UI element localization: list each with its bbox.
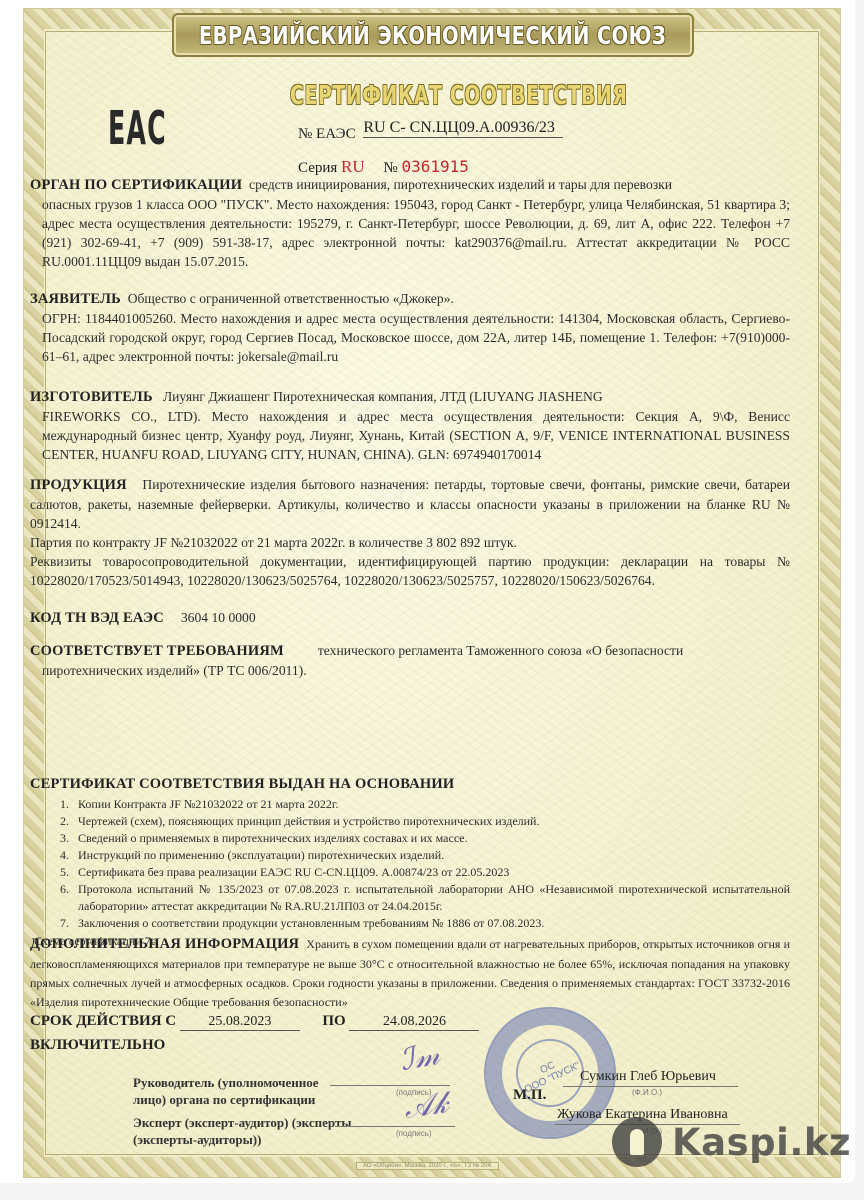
expert-signature-line bbox=[335, 1126, 455, 1127]
head-fio-caption: (Ф.И.О.) bbox=[632, 1088, 662, 1097]
conformity-text: пиротехнических изделий» (ТР ТС 006/2011… bbox=[30, 661, 790, 680]
basis-label: СЕРТИФИКАТ СООТВЕТСТВИЯ ВЫДАН НА ОСНОВАН… bbox=[30, 775, 790, 794]
validity-to-label: ПО bbox=[322, 1013, 345, 1029]
head-signature-line bbox=[330, 1085, 450, 1086]
basis-item: Сведений о применяемых в пиротехнических… bbox=[72, 830, 790, 847]
kaspi-watermark-text: Kaspi.kz bbox=[672, 1121, 851, 1164]
head-label: Руководитель (уполномоченное лицо) орган… bbox=[133, 1074, 353, 1108]
conformity-label: СООТВЕТСТВУЕТ ТРЕБОВАНИЯМ bbox=[30, 643, 284, 659]
hs-code-value: 3604 10 0000 bbox=[181, 610, 256, 625]
blank-number-value: 0361915 bbox=[401, 157, 468, 176]
section-hs-code: КОД ТН ВЭД ЕАЭС 3604 10 0000 bbox=[30, 608, 790, 628]
basis-list: Копии Контракта JF №21032022 от 21 марта… bbox=[30, 796, 790, 932]
basis-item: Инструкций по применению (эксплуатации) … bbox=[72, 847, 790, 864]
expert-label: Эксперт (эксперт-аудитор) (эксперты (экс… bbox=[133, 1114, 353, 1148]
manufacturer-details: FIREWORKS CO., LTD). Место нахождения и … bbox=[30, 407, 790, 464]
kaspi-watermark: Kaspi.kz bbox=[612, 1117, 851, 1167]
validity-from-date: 25.08.2023 bbox=[180, 1014, 300, 1031]
series-value: RU bbox=[341, 157, 365, 176]
certificate-number-value: RU С- CN.ЦЦ09.А.00936/23 bbox=[363, 119, 563, 138]
eac-logo-icon: ЕАС bbox=[108, 101, 141, 167]
conformity-text-first: технического регламента Таможенного союз… bbox=[318, 643, 683, 658]
basis-item: Чертежей (схем), поясняющих принцип дейс… bbox=[72, 813, 790, 830]
series-line: Серия RU № 0361915 bbox=[298, 157, 469, 177]
product-label: ПРОДУКЦИЯ bbox=[30, 477, 127, 493]
section-certification-body: ОРГАН ПО СЕРТИФИКАЦИИ средств инициирова… bbox=[30, 175, 790, 271]
manufacturer-name: Лиуянг Джиашенг Пиротехническая компания… bbox=[163, 389, 603, 404]
certificate-title: СЕРТИФИКАТ СООТВЕТСТВИЯ bbox=[290, 81, 578, 111]
head-signature-caption: (подпись) bbox=[396, 1088, 432, 1097]
product-text: Пиротехнические изделия бытового назначе… bbox=[30, 477, 790, 531]
hs-code-label: КОД ТН ВЭД ЕАЭС bbox=[30, 610, 164, 626]
basis-item: Заключения о соответствии продукции уста… bbox=[72, 915, 790, 932]
organ-text-first: средств инициирования, пиротехнических и… bbox=[249, 177, 672, 192]
section-additional-info: ДОПОЛНИТЕЛЬНАЯ ИНФОРМАЦИЯ Хранить в сухо… bbox=[30, 934, 790, 1011]
validity-to-date: 24.08.2026 bbox=[349, 1014, 479, 1031]
head-signature-icon: ℐ𝓂 bbox=[397, 1037, 442, 1078]
kaspi-logo-icon bbox=[612, 1117, 662, 1167]
validity-from-label: СРОК ДЕЙСТВИЯ С bbox=[30, 1013, 176, 1029]
organ-label: ОРГАН ПО СЕРТИФИКАЦИИ bbox=[30, 177, 242, 193]
applicant-label: ЗАЯВИТЕЛЬ bbox=[30, 291, 121, 307]
applicant-name: Общество с ограниченной ответственностью… bbox=[128, 291, 454, 306]
product-requisites: Реквизиты товаросопроводительной докумен… bbox=[30, 552, 790, 590]
section-basis: СЕРТИФИКАТ СООТВЕТСТВИЯ ВЫДАН НА ОСНОВАН… bbox=[30, 775, 790, 951]
section-conformity: СООТВЕТСТВУЕТ ТРЕБОВАНИЯМ технического р… bbox=[30, 641, 790, 680]
seal-label: М.П. bbox=[513, 1087, 546, 1104]
basis-item: Копии Контракта JF №21032022 от 21 марта… bbox=[72, 796, 790, 813]
blank-number-label: № bbox=[383, 160, 397, 176]
manufacturer-label: ИЗГОТОВИТЕЛЬ bbox=[30, 389, 153, 405]
section-product: ПРОДУКЦИЯ Пиротехнические изделия бытово… bbox=[30, 475, 790, 590]
certificate-number: № ЕАЭС RU С- CN.ЦЦ09.А.00936/23 bbox=[298, 119, 563, 138]
printer-imprint: АО «Опцион», Москва, 2020 г., «Б», ТЗ № … bbox=[356, 1162, 499, 1170]
expert-signature-caption: (подпись) bbox=[396, 1129, 432, 1138]
union-banner: ЕВРАЗИЙСКИЙ ЭКОНОМИЧЕСКИЙ СОЮЗ bbox=[172, 13, 694, 57]
section-manufacturer: ИЗГОТОВИТЕЛЬ Лиуянг Джиашенг Пиротехниче… bbox=[30, 387, 790, 464]
applicant-details: ОГРН: 1184401005260. Место нахождения и … bbox=[30, 309, 790, 366]
head-name-line bbox=[563, 1086, 738, 1087]
organ-text: опасных грузов 1 класса ООО "ПУСК". Мест… bbox=[30, 195, 790, 271]
basis-item: Протокола испытаний № 135/2023 от 07.08.… bbox=[72, 881, 790, 915]
head-name: Сумкин Глеб Юрьевич bbox=[580, 1069, 716, 1085]
certificate-number-label: № ЕАЭС bbox=[298, 126, 356, 142]
basis-item: Сертификата без права реализации ЕАЭС RU… bbox=[72, 864, 790, 881]
document-viewer: ЕВРАЗИЙСКИЙ ЭКОНОМИЧЕСКИЙ СОЮЗ СЕРТИФИКА… bbox=[0, 0, 855, 1183]
series-label: Серия bbox=[298, 160, 337, 176]
extra-label: ДОПОЛНИТЕЛЬНАЯ ИНФОРМАЦИЯ bbox=[30, 936, 299, 952]
section-applicant: ЗАЯВИТЕЛЬ Общество с ограниченной ответс… bbox=[30, 289, 790, 366]
union-title: ЕВРАЗИЙСКИЙ ЭКОНОМИЧЕСКИЙ СОЮЗ bbox=[199, 21, 666, 50]
product-batch: Партия по контракту JF №21032022 от 21 м… bbox=[30, 533, 790, 552]
